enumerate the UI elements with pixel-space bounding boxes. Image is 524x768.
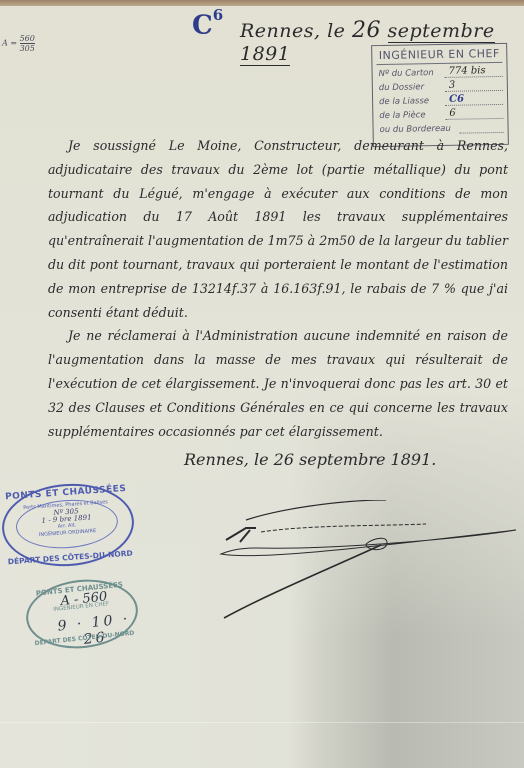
archive-mark: C6 [192, 10, 223, 41]
letter-body: Je soussigné Le Moine, Constructeur, dem… [48, 134, 508, 443]
stamp-row-label: de la Pièce [379, 110, 445, 121]
header-day: 26 [352, 18, 381, 43]
body-paragraph-1: Je soussigné Le Moine, Constructeur, dem… [48, 134, 508, 324]
margin-ref-fraction: 560 305 [20, 34, 35, 53]
stamp-row-liasse: de la Liasse C6 [373, 91, 507, 107]
paper-fold [0, 722, 524, 723]
margin-ref-numerator: 560 [20, 34, 35, 44]
archive-mark-letter: C [192, 11, 213, 41]
body-paragraph-2: Je ne réclamerai à l'Administration aucu… [48, 324, 508, 443]
stamp-row-label: du Dossier [379, 82, 445, 93]
header-year: 1891 [240, 43, 290, 66]
stamp-row-label: Nº du Carton [379, 68, 445, 79]
margin-ref-prefix: A = [2, 39, 17, 48]
stamp-row-value: 3 [445, 79, 503, 92]
stamp1-inner-text: Ports Maritimes, Phares et Balises Nº 30… [17, 499, 117, 541]
header-place: Rennes, le [240, 20, 345, 42]
stamp-row-value: 774 bis [444, 65, 502, 78]
stamp-row-piece: de la Pièce 6 [373, 105, 507, 121]
stamp-row-carton: Nº du Carton 774 bis [372, 63, 506, 79]
header-month: septembre [388, 20, 495, 43]
stamp-row-label: de la Liasse [379, 96, 445, 107]
stamp-row-value: C6 [445, 93, 503, 106]
stamp-row-bordereau: ou du Bordereau [373, 119, 507, 135]
closing-date: Rennes, le 26 septembre 1891. [184, 450, 436, 469]
ponts-chaussees-stamp-1: PONTS ET CHAUSSÉES Ports Maritimes, Phar… [0, 479, 137, 570]
margin-ref-denominator: 305 [20, 44, 35, 53]
margin-reference: A = 560 305 [2, 34, 35, 53]
stamp-row-value: 6 [445, 107, 503, 120]
archive-mark-number: 6 [213, 6, 223, 24]
stamp-row-dossier: du Dossier 3 [373, 77, 507, 93]
signature-flourish [216, 500, 524, 630]
engineer-stamp: INGÉNIEUR EN CHEF Nº du Carton 774 bis d… [371, 43, 509, 147]
engineer-stamp-title: INGÉNIEUR EN CHEF [376, 44, 502, 65]
